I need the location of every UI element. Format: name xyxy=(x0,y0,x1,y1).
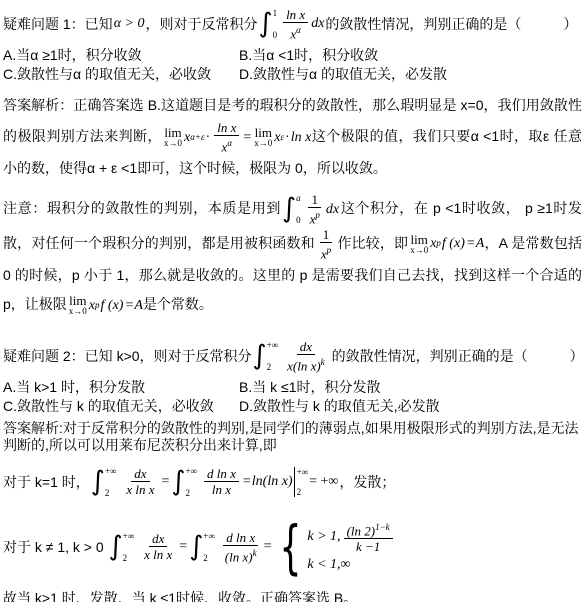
integral-upper: +∞ xyxy=(123,531,135,541)
integral-formula-1: ∫ 1 0 ln x xα dx xyxy=(258,7,324,41)
case-k-equals-1: 对于 k=1 时， ∫+∞2 dxx ln x = ∫+∞2 d ln xln … xyxy=(3,457,582,507)
integral-lower: 2 xyxy=(185,488,197,498)
limit-formula-p: limx→0xpf (x)=A xyxy=(408,229,484,258)
integral-lower: 2 xyxy=(105,488,117,498)
equals-sign: = xyxy=(125,291,133,320)
option-c: C.敛散性与α 的取值无关，必收敛 xyxy=(3,65,239,84)
fraction-denominator: k −1 xyxy=(353,539,383,554)
limit-operator: limx→0 xyxy=(410,233,428,255)
integral: ∫+∞2 xyxy=(171,466,200,498)
integral-bounds: a0 xyxy=(296,193,301,225)
den-exponent: p xyxy=(315,210,320,220)
fx-term: f (x) xyxy=(442,229,465,258)
integral: ∫+∞2 xyxy=(189,531,218,563)
note-text-3: 作比较，即 xyxy=(337,235,408,251)
fraction-numerator: d ln x xyxy=(204,466,239,482)
lim-under: x→0 xyxy=(410,246,428,255)
fraction-numerator: ln x xyxy=(283,7,308,23)
lim-text: lim xyxy=(411,233,428,246)
den-exponent: k xyxy=(253,548,257,558)
integral-upper: +∞ xyxy=(105,466,117,476)
problem2-title-prefix: 疑难问题 2：已知 k>0，则对于反常积分 xyxy=(3,346,252,366)
den-exponent: α xyxy=(296,25,301,35)
fx-term: f (x) xyxy=(101,291,124,320)
k1-formula: ∫+∞2 dxx ln x = ∫+∞2 d ln xln x = ln(ln … xyxy=(90,466,340,498)
integral-lower: 0 xyxy=(296,215,301,225)
note-text-5: 是个常数。 xyxy=(143,296,213,312)
fraction-denominator: ln x xyxy=(209,482,234,497)
problem2-options-cd: C.敛散性与 k 的取值无关，必收敛 D.敛散性与 k 的取值无关,必发散 xyxy=(3,397,582,416)
case1-condition: k > 1, xyxy=(307,529,340,545)
integral-upper: +∞ xyxy=(185,466,197,476)
equals-sign: = xyxy=(467,229,475,258)
fraction-denominator: x ln x xyxy=(123,482,157,497)
fraction-numerator: ln x xyxy=(214,120,239,136)
den-base: x(ln x) xyxy=(287,358,321,373)
option-b: B.当 k ≤1时，积分发散 xyxy=(239,378,380,397)
left-brace: { xyxy=(280,518,302,576)
integral-formula-2: ∫ +∞ 2 dx x(ln x)k xyxy=(253,339,331,373)
fraction-denominator: xα xyxy=(219,136,236,154)
lim-under: x→0 xyxy=(69,307,87,316)
integral-upper: a xyxy=(296,193,301,203)
exp1: α+ε xyxy=(190,123,204,152)
integral-upper: +∞ xyxy=(203,531,215,541)
kne-prefix: 对于 k ≠ 1, k > 0 xyxy=(3,537,104,557)
case-k-not-1: 对于 k ≠ 1, k > 0 ∫+∞2 dxx ln x = ∫+∞2 d l… xyxy=(3,510,582,584)
note-text-1: 注意：瑕积分的敛散性的判别，本质是用到 xyxy=(3,200,281,216)
cases-expression: { k > 1,(ln 2)1−kk −1 k < 1,∞ xyxy=(272,518,395,576)
fraction-denominator: xα xyxy=(287,23,304,41)
case2-condition: k < 1,∞ xyxy=(307,557,350,573)
option-c: C.敛散性与 k 的取值无关，必收敛 xyxy=(3,397,239,416)
integral-upper: +∞ xyxy=(267,340,279,350)
option-a: A.当 k>1 时，积分发散 xyxy=(3,378,239,397)
limit-operator: limx→0 xyxy=(69,294,87,316)
exponent: p xyxy=(95,291,100,320)
exponent: p xyxy=(436,229,441,258)
conclusion-line: 故当 k>1 时，发散，当 k ≤1时候，收敛。正确答案选 B。 xyxy=(3,588,582,602)
integral: ∫+∞2 xyxy=(109,531,138,563)
fraction-numerator: d ln x xyxy=(223,530,258,546)
integral-bounds: 1 0 xyxy=(273,8,278,40)
integral-sign: ∫ xyxy=(258,9,272,39)
fraction-numerator: dx xyxy=(149,531,167,547)
cdot: · xyxy=(285,123,290,152)
dx-term: dx xyxy=(311,16,324,32)
result-infinity: = +∞ xyxy=(309,474,338,490)
fraction-numerator: 1 xyxy=(308,192,321,208)
integral-sign: ∫ xyxy=(189,532,203,562)
num-base: (ln 2) xyxy=(347,523,376,538)
integral-bounds: +∞2 xyxy=(203,531,215,563)
integral-lower: 0 xyxy=(273,30,278,40)
integral-bounds: +∞2 xyxy=(123,531,135,563)
case-2: k < 1,∞ xyxy=(307,557,395,573)
dx-term: dx xyxy=(326,195,339,224)
fraction-numerator: dx xyxy=(297,339,315,355)
problem1-options-cd: C.敛散性与α 的取值无关，必收敛 D.敛散性与α 的取值无关，必发散 xyxy=(3,65,582,84)
case-1: k > 1,(ln 2)1−kk −1 xyxy=(307,520,395,554)
equals-sign: = xyxy=(243,123,251,152)
fraction-numerator: 1 xyxy=(320,227,333,243)
fraction: ln xxα xyxy=(214,120,239,154)
fraction-numerator: dx xyxy=(131,466,149,482)
k1-prefix: 对于 k=1 时， xyxy=(3,472,90,492)
bar-scripts: +∞2 xyxy=(297,467,309,497)
option-a: A.当α ≥1时，积分收敛 xyxy=(3,46,239,65)
option-b: B.当α <1时，积分收敛 xyxy=(239,46,378,65)
equals-sign: = xyxy=(161,474,169,490)
integral-formula-p: ∫a01xpdx xyxy=(282,192,339,226)
integral-sign: ∫ xyxy=(109,532,123,562)
fraction-denominator: xp xyxy=(318,243,334,261)
evaluation-bar: +∞2 xyxy=(293,467,309,497)
document: 疑难问题 1：已知α > 0，则对于反常积分 ∫ 1 0 ln x xα dx … xyxy=(0,0,585,602)
fraction: ln x xα xyxy=(283,7,308,41)
equals-sign: = xyxy=(179,539,187,555)
comparison-fraction: 1xp xyxy=(318,227,334,261)
integral-upper: 1 xyxy=(273,8,278,18)
integral: ∫+∞2 xyxy=(91,466,120,498)
integral-bounds: +∞2 xyxy=(185,466,197,498)
answer2-intro-text: 答案解析:对于反常积分的敛散性的判别,是同学们的薄弱点,如果用极限形式的判别方法… xyxy=(3,420,579,453)
problem1-title: 疑难问题 1：已知α > 0，则对于反常积分 ∫ 1 0 ln x xα dx … xyxy=(3,2,582,46)
integral-lower: 2 xyxy=(203,553,215,563)
problem1-options-ab: A.当α ≥1时，积分收敛 B.当α <1时，积分收敛 xyxy=(3,46,582,65)
fraction-denominator: xp xyxy=(307,208,323,226)
problem1-title-suffix: 的敛散性情况，判别正确的是（ ） xyxy=(325,14,577,34)
lnx-term: ln x xyxy=(291,123,312,152)
integral-bounds: +∞ 2 xyxy=(267,340,279,372)
problem1-title-mid: ，则对于反常积分 xyxy=(145,14,257,34)
integral-sign: ∫ xyxy=(91,467,105,497)
integral-sign: ∫ xyxy=(282,194,296,224)
fraction: dx x(ln x)k xyxy=(284,339,328,373)
den-base: (ln x) xyxy=(225,549,253,564)
fraction: dxx ln x xyxy=(123,466,157,497)
conclusion-text: 故当 k>1 时，发散，当 k ≤1时候，收敛。正确答案选 B。 xyxy=(3,590,357,602)
fraction-denominator: (ln x)k xyxy=(222,546,260,564)
fraction: dxx ln x xyxy=(141,531,175,562)
k1-suffix: ，发散； xyxy=(339,472,395,492)
limit-operator: limx→0 xyxy=(164,126,182,148)
fraction-denominator: x(ln x)k xyxy=(284,355,328,373)
lnln-result: ln(ln x) xyxy=(252,474,293,490)
num-exponent: 1−k xyxy=(375,522,390,532)
limit-operator: limx→0 xyxy=(254,126,272,148)
integral-lower: 2 xyxy=(267,362,279,372)
integral-bounds: +∞2 xyxy=(105,466,117,498)
problem1-condition: α > 0 xyxy=(114,16,145,32)
constant-A: A xyxy=(134,291,143,320)
lim-under: x→0 xyxy=(164,139,182,148)
case-column: k > 1,(ln 2)1−kk −1 k < 1,∞ xyxy=(307,520,395,573)
den-exponent: α xyxy=(227,138,232,148)
problem2-options-ab: A.当 k>1 时，积分发散 B.当 k ≤1时，积分发散 xyxy=(3,378,582,397)
note-paragraph: 注意：瑕积分的敛散性的判别，本质是用到∫a01xpdx这个积分，在 p <1时收… xyxy=(3,192,582,319)
fraction: 1xp xyxy=(307,192,323,226)
fraction: d ln xln x xyxy=(204,466,239,497)
problem2-title-suffix: 的敛散性情况，判别正确的是（ ） xyxy=(332,346,584,366)
bar xyxy=(294,467,295,497)
exp2: ε xyxy=(280,123,284,152)
limit-formula-1: limx→0xα+ε·ln xxα=limx→0xε·ln x xyxy=(162,120,311,154)
fraction: d ln x(ln x)k xyxy=(222,530,260,564)
lim-under: x→0 xyxy=(254,139,272,148)
option-d: D.敛散性与α 的取值无关，必发散 xyxy=(239,65,447,84)
equals-sign: = xyxy=(243,474,251,490)
equals-sign: = xyxy=(264,539,272,555)
integral-sign: ∫ xyxy=(171,467,185,497)
cdot: · xyxy=(206,123,211,152)
integral-sign: ∫ xyxy=(253,341,267,371)
den-exponent: k xyxy=(321,357,325,367)
integral-lower: 2 xyxy=(123,553,135,563)
fraction-numerator: (ln 2)1−k xyxy=(344,520,393,539)
case1-fraction: (ln 2)1−kk −1 xyxy=(344,520,393,554)
problem2-title: 疑难问题 2：已知 k>0，则对于反常积分 ∫ +∞ 2 dx x(ln x)k… xyxy=(3,334,582,378)
problem2-answer-intro: 答案解析:对于反常积分的敛散性的判别,是同学们的薄弱点,如果用极限形式的判别方法… xyxy=(3,420,582,454)
option-d: D.敛散性与 k 的取值无关,必发散 xyxy=(239,397,440,416)
problem1-answer-analysis: 答案解析：正确答案选 B.这道题目是考的瑕积分的敛散性，那么瑕明显是 x=0，我… xyxy=(3,91,582,183)
kne-formula: ∫+∞2 dxx ln x = ∫+∞2 d ln x(ln x)k = { k… xyxy=(108,518,396,576)
den-exponent: p xyxy=(327,245,332,255)
fraction-denominator: x ln x xyxy=(141,547,175,562)
problem1-title-prefix: 疑难问题 1：已知 xyxy=(3,14,113,34)
bar-upper: +∞ xyxy=(297,467,309,477)
limit-formula-p2: limx→0xpf (x)=A xyxy=(67,291,143,320)
bar-lower: 2 xyxy=(297,487,309,497)
